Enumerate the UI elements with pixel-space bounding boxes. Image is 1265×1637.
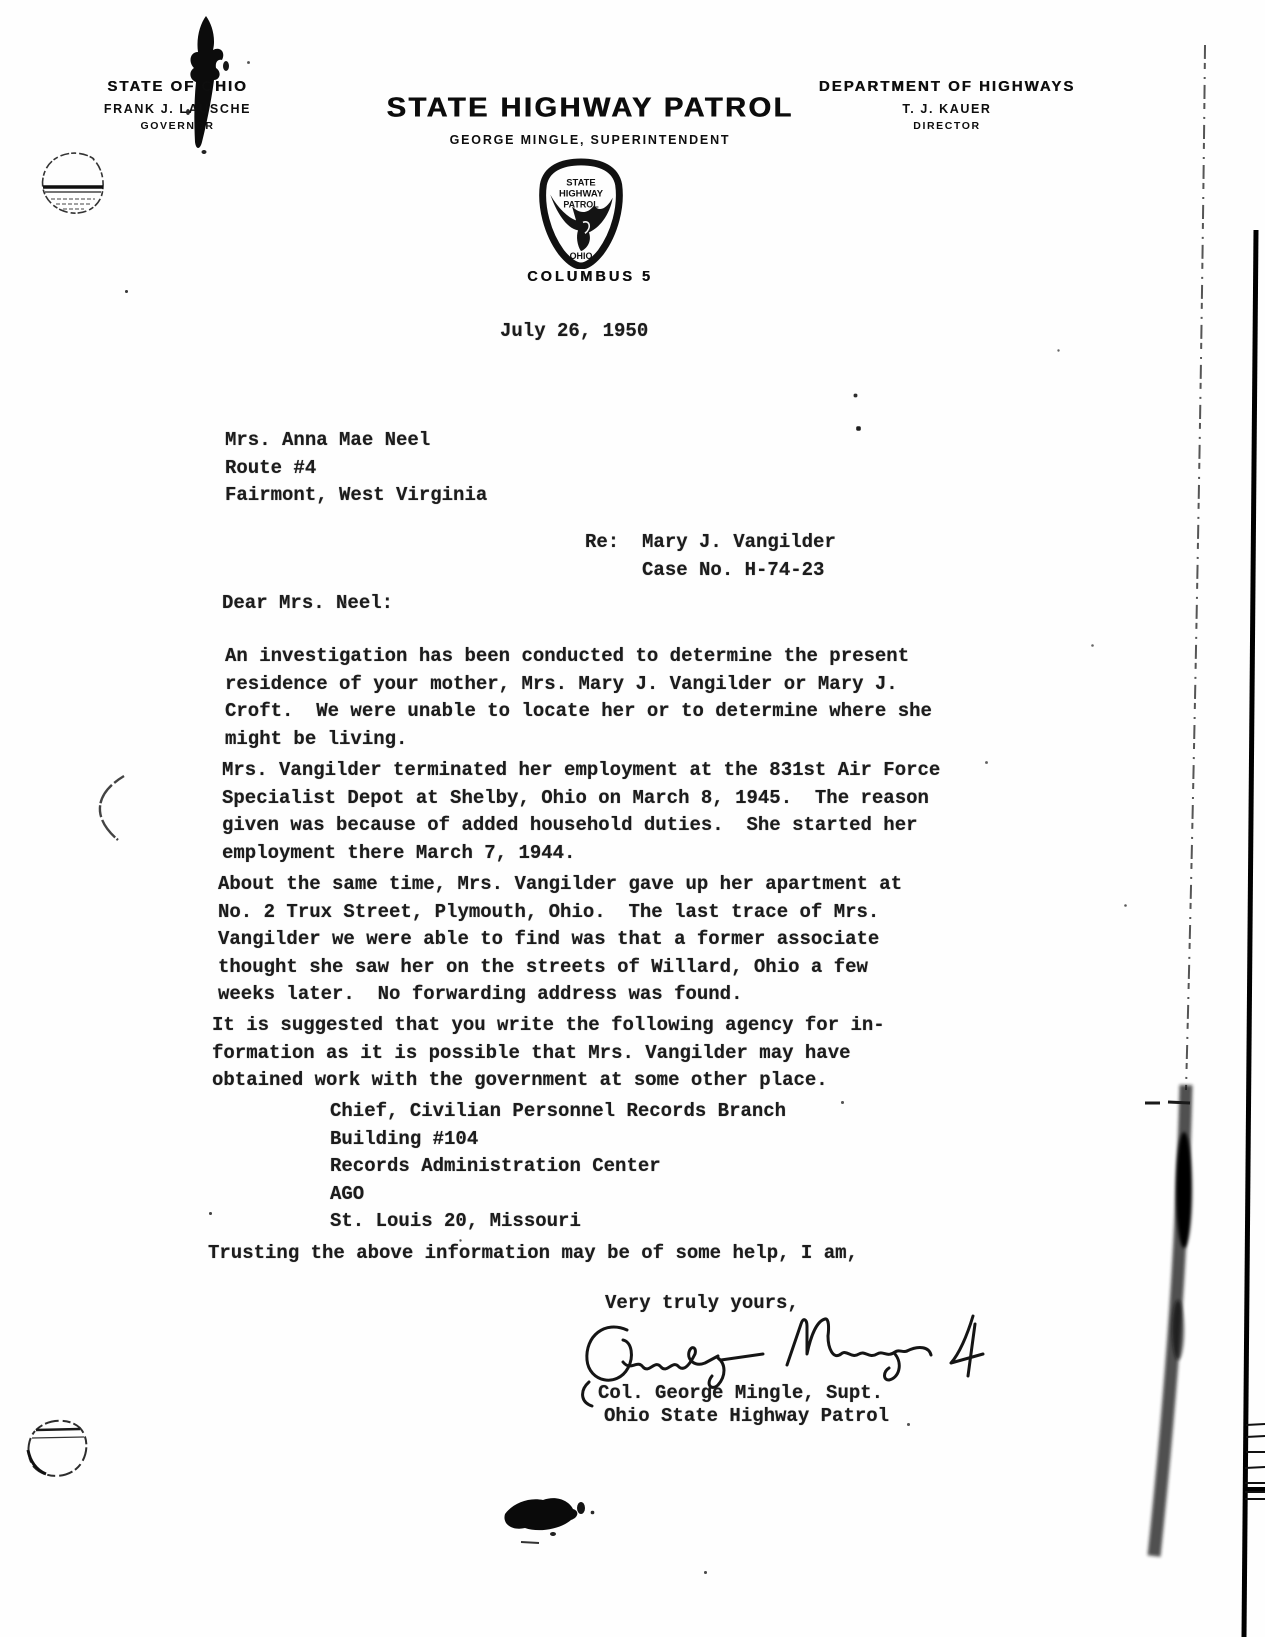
columbus-city-line: COLUMBUS 5 (385, 269, 795, 285)
badge-text-state: STATE (566, 177, 595, 188)
governor-name: FRANK J. LAUSCHE (90, 102, 265, 116)
paragraph-2: Mrs. Vangilder terminated her employment… (222, 757, 940, 867)
re-case-block: Re: Mary J. Vangilder Case No. H-74-23 (585, 529, 836, 584)
paragraph-4: It is suggested that you write the follo… (212, 1012, 885, 1095)
letterhead-right: DEPARTMENT OF HIGHWAYS T. J. KAUER DIREC… (813, 78, 1081, 132)
letter-date: July 26, 1950 (500, 318, 648, 346)
director-title: DIRECTOR (813, 120, 1081, 132)
signer-org-line: Ohio State Highway Patrol (604, 1403, 889, 1431)
governor-title: GOVERNOR (90, 120, 265, 132)
badge-text-highway: HIGHWAY (559, 188, 604, 199)
department-of-highways-label: DEPARTMENT OF HIGHWAYS (813, 78, 1081, 95)
ink-smudge-bottom (495, 1486, 595, 1548)
punch-hole-middle-icon (82, 772, 142, 844)
recipient-address: Mrs. Anna Mae Neel Route #4 Fairmont, We… (225, 427, 487, 510)
state-of-ohio-label: STATE OF OHIO (90, 78, 265, 95)
director-name: T. J. KAUER (813, 102, 1081, 116)
closing-line: Trusting the above information may be of… (208, 1240, 858, 1268)
agency-address-block: Chief, Civilian Personnel Records Branch… (330, 1098, 786, 1236)
scan-edge-artifacts (1140, 0, 1265, 1637)
scanned-letter-page: STATE OF OHIO FRANK J. LAUSCHE GOVERNOR … (0, 0, 1265, 1637)
paragraph-3: About the same time, Mrs. Vangilder gave… (218, 871, 902, 1009)
punch-hole-top-icon (36, 150, 108, 218)
badge-text-ohio: OHIO (570, 251, 593, 261)
salutation: Dear Mrs. Neel: (222, 590, 393, 618)
letterhead-left: STATE OF OHIO FRANK J. LAUSCHE GOVERNOR (90, 78, 265, 132)
punch-hole-bottom-icon (22, 1416, 90, 1482)
paragraph-1: An investigation has been conducted to d… (225, 643, 932, 753)
superintendent-line: GEORGE MINGLE, SUPERINTENDENT (385, 133, 795, 147)
scan-noise-speckles (0, 0, 1, 1)
highway-patrol-badge-icon: STATE HIGHWAY PATROL OHIO (529, 157, 633, 269)
agency-title: STATE HIGHWAY PATROL (385, 92, 795, 124)
